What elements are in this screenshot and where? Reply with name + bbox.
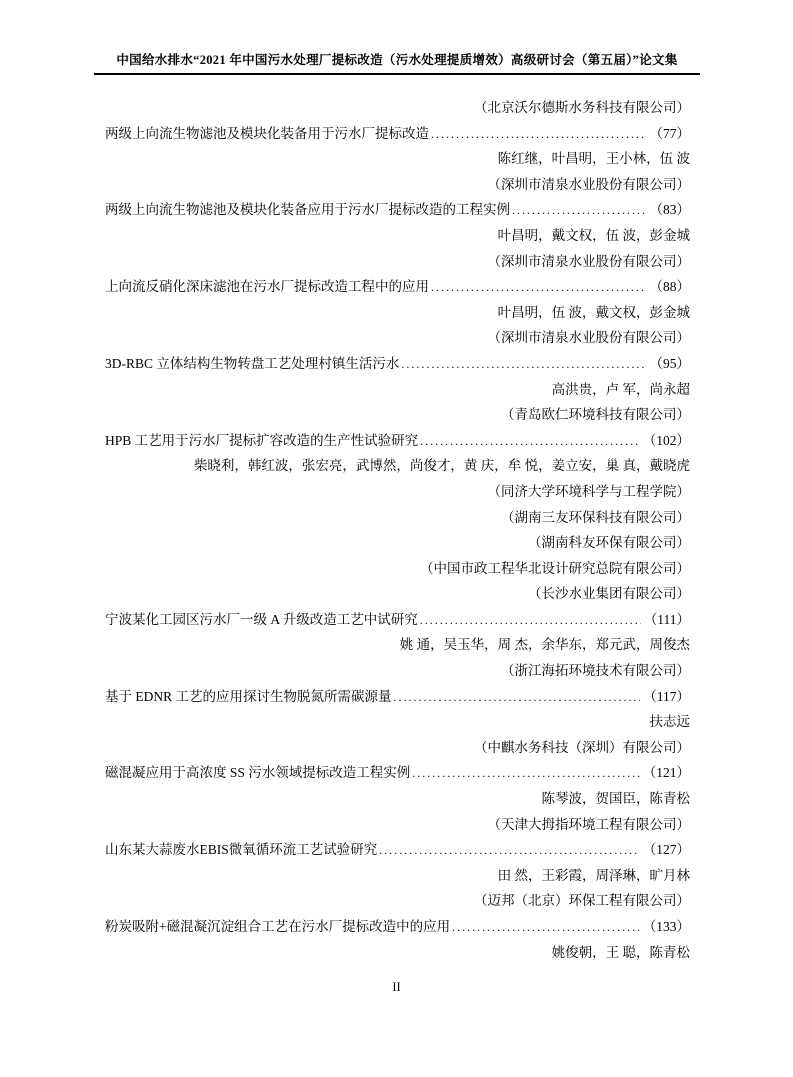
dot-leader xyxy=(512,197,647,224)
toc-entry-affiliation: （青岛欧仁环境科技有限公司） xyxy=(105,402,690,428)
toc-entry-affiliation: （北京沃尔德斯水务科技有限公司） xyxy=(105,95,690,121)
toc-entry-page: （127） xyxy=(643,837,690,863)
toc-entry-affiliation: （同济大学环境科学与工程学院） xyxy=(105,479,690,505)
toc-entry-title-row: HPB 工艺用于污水厂提标扩容改造的生产性试验研究（102） xyxy=(105,428,690,454)
toc-entry-affiliation: （湖南科友环保有限公司） xyxy=(105,530,690,556)
toc-entry-page: （77） xyxy=(650,121,691,147)
toc-entry-title-row: 磁混凝应用于高浓度 SS 污水领域提标改造工程实例（121） xyxy=(105,760,690,786)
toc-entry-authors: 陈琴波，贺国臣，陈青松 xyxy=(105,786,690,812)
toc-entry-title-row: 宁波某化工园区污水厂一级 A 升级改造工艺中试研究（111） xyxy=(105,607,690,633)
toc-entry-authors: 田 然，王彩霞，周泽琳，旷月林 xyxy=(105,863,690,889)
toc-entry-affiliation: （长沙水业集团有限公司） xyxy=(105,581,690,607)
dot-leader xyxy=(401,351,646,378)
toc-entry-title: 山东某大蒜废水EBIS微氧循环流工艺试验研究 xyxy=(105,837,377,863)
toc-entry-title-row: 粉炭吸附+磁混凝沉淀组合工艺在污水厂提标改造中的应用（133） xyxy=(105,914,690,940)
toc-entry-title: 上向流反硝化深床滤池在污水厂提标改造工程中的应用 xyxy=(105,274,429,300)
toc-entry-authors: 姚俊朝，王 聪，陈青松 xyxy=(105,940,690,966)
toc-entry-title: 粉炭吸附+磁混凝沉淀组合工艺在污水厂提标改造中的应用 xyxy=(105,914,450,940)
toc-entry-title-row: 山东某大蒜废水EBIS微氧循环流工艺试验研究（127） xyxy=(105,837,690,863)
document-page: 中国给水排水“2021 年中国污水处理厂提标改造（污水处理提质增效）高级研讨会（… xyxy=(0,0,793,1077)
toc-entry-title: 两级上向流生物滤池及模块化装备应用于污水厂提标改造的工程实例 xyxy=(105,197,510,223)
toc-entry-authors: 姚 通，吴玉华，周 杰，余华东，郑元武，周俊杰 xyxy=(105,632,690,658)
toc-entry-page: （121） xyxy=(643,760,690,786)
dot-leader xyxy=(379,837,639,864)
toc-entry-page: （102） xyxy=(643,428,690,454)
page-number: II xyxy=(0,980,793,995)
toc-entry-affiliation: （深圳市清泉水业股份有限公司） xyxy=(105,325,690,351)
toc-entry-page: （133） xyxy=(643,914,690,940)
toc-entry-title: HPB 工艺用于污水厂提标扩容改造的生产性试验研究 xyxy=(105,428,418,454)
dot-leader xyxy=(412,760,639,787)
toc-entry-title: 3D-RBC 立体结构生物转盘工艺处理村镇生活污水 xyxy=(105,351,399,377)
toc-entry-authors: 高洪贵，卢 军，尚永超 xyxy=(105,377,690,403)
toc-entry-title-row: 上向流反硝化深床滤池在污水厂提标改造工程中的应用（88） xyxy=(105,274,690,300)
toc-entry-page: （95） xyxy=(650,351,691,377)
toc-entry-authors: 叶昌明，伍 波，戴文权，彭金城 xyxy=(105,300,690,326)
dot-leader xyxy=(431,274,647,301)
dot-leader xyxy=(394,684,641,711)
toc-entry-title: 宁波某化工园区污水厂一级 A 升级改造工艺中试研究 xyxy=(105,607,418,633)
toc-entry-title-row: 基于 EDNR 工艺的应用探讨生物脱氮所需碳源量（117） xyxy=(105,684,690,710)
toc-entry-title-row: 两级上向流生物滤池及模块化装备用于污水厂提标改造（77） xyxy=(105,121,690,147)
toc-entry-title-row: 两级上向流生物滤池及模块化装备应用于污水厂提标改造的工程实例（83） xyxy=(105,197,690,223)
toc-entry-title-row: 3D-RBC 立体结构生物转盘工艺处理村镇生活污水（95） xyxy=(105,351,690,377)
dot-leader xyxy=(420,607,641,634)
toc-list: （北京沃尔德斯水务科技有限公司）两级上向流生物滤池及模块化装备用于污水厂提标改造… xyxy=(105,95,690,965)
toc-entry-authors: 柴晓利，韩红波，张宏亮，武博然，尚俊才，黄 庆，牟 悦，姜立安，巢 真，戴晓虎 xyxy=(105,453,690,479)
toc-entry-affiliation: （天津大拇指环境工程有限公司） xyxy=(105,812,690,838)
toc-entry-authors: 扶志远 xyxy=(105,709,690,735)
dot-leader xyxy=(420,428,640,455)
toc-entry-page: （88） xyxy=(650,274,691,300)
toc-entry-affiliation: （深圳市清泉水业股份有限公司） xyxy=(105,249,690,275)
dot-leader xyxy=(452,914,640,941)
toc-entry-title: 磁混凝应用于高浓度 SS 污水领域提标改造工程实例 xyxy=(105,760,410,786)
dot-leader xyxy=(431,121,647,148)
toc-entry-affiliation: （中麒水务科技（深圳）有限公司） xyxy=(105,735,690,761)
toc-entry-authors: 陈红继，叶昌明，王小林，伍 波 xyxy=(105,146,690,172)
toc-entry-affiliation: （浙江海拓环境技术有限公司） xyxy=(105,658,690,684)
toc-entry-page: （111） xyxy=(644,607,690,633)
toc-entry-page: （117） xyxy=(643,684,690,710)
toc-entry-affiliation: （深圳市清泉水业股份有限公司） xyxy=(105,172,690,198)
toc-entry-page: （83） xyxy=(650,197,691,223)
toc-entry-affiliation: （迈邦（北京）环保工程有限公司） xyxy=(105,888,690,914)
toc-entry-authors: 叶昌明，戴文权，伍 波，彭金城 xyxy=(105,223,690,249)
toc-entry-affiliation: （湖南三友环保科技有限公司） xyxy=(105,505,690,531)
toc-entry-title: 基于 EDNR 工艺的应用探讨生物脱氮所需碳源量 xyxy=(105,684,392,710)
toc-entry-title: 两级上向流生物滤池及模块化装备用于污水厂提标改造 xyxy=(105,121,429,147)
page-header: 中国给水排水“2021 年中国污水处理厂提标改造（污水处理提质增效）高级研讨会（… xyxy=(94,52,700,75)
toc-entry-affiliation: （中国市政工程华北设计研究总院有限公司） xyxy=(105,556,690,582)
